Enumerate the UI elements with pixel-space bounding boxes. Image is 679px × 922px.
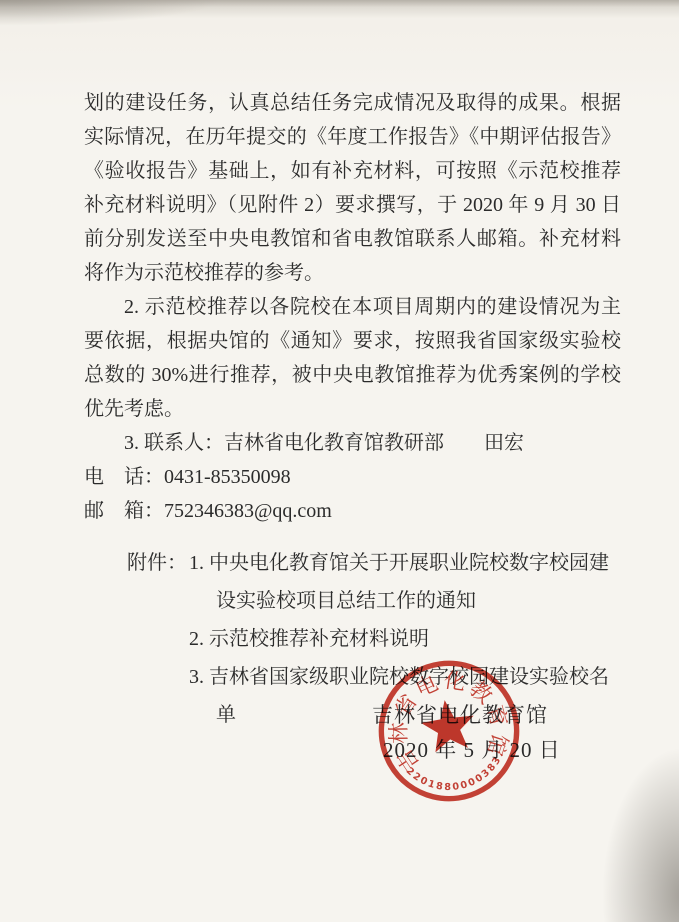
official-seal: 吉林省电化教育馆 2201880000383 — [334, 616, 564, 846]
body-paragraph-1: 划的建设任务，认真总结任务完成情况及取得的成果。根据实际情况，在历年提交的《年度… — [84, 86, 621, 290]
document-body: 划的建设任务，认真总结任务完成情况及取得的成果。根据实际情况，在历年提交的《年度… — [84, 86, 621, 734]
seal-star-icon — [418, 696, 478, 753]
contact-person-line: 3. 联系人：吉林省电化教育馆教研部 田宏 — [84, 426, 621, 460]
attachments-label: 附件： — [127, 544, 189, 734]
scan-edge-shadow-top-left — [0, 0, 220, 26]
attachment-item: 1. 中央电化教育馆关于开展职业院校数字校园建设实验校项目总结工作的通知 — [189, 544, 609, 620]
scan-smudge-bottom-right — [599, 742, 679, 922]
body-paragraph-2: 2. 示范校推荐以各院校在本项目周期内的建设情况为主要依据，根据央馆的《通知》要… — [84, 290, 621, 426]
contact-email-line: 邮 箱：752346383@qq.com — [84, 494, 621, 528]
contact-phone-line: 电 话：0431-85350098 — [84, 460, 621, 494]
